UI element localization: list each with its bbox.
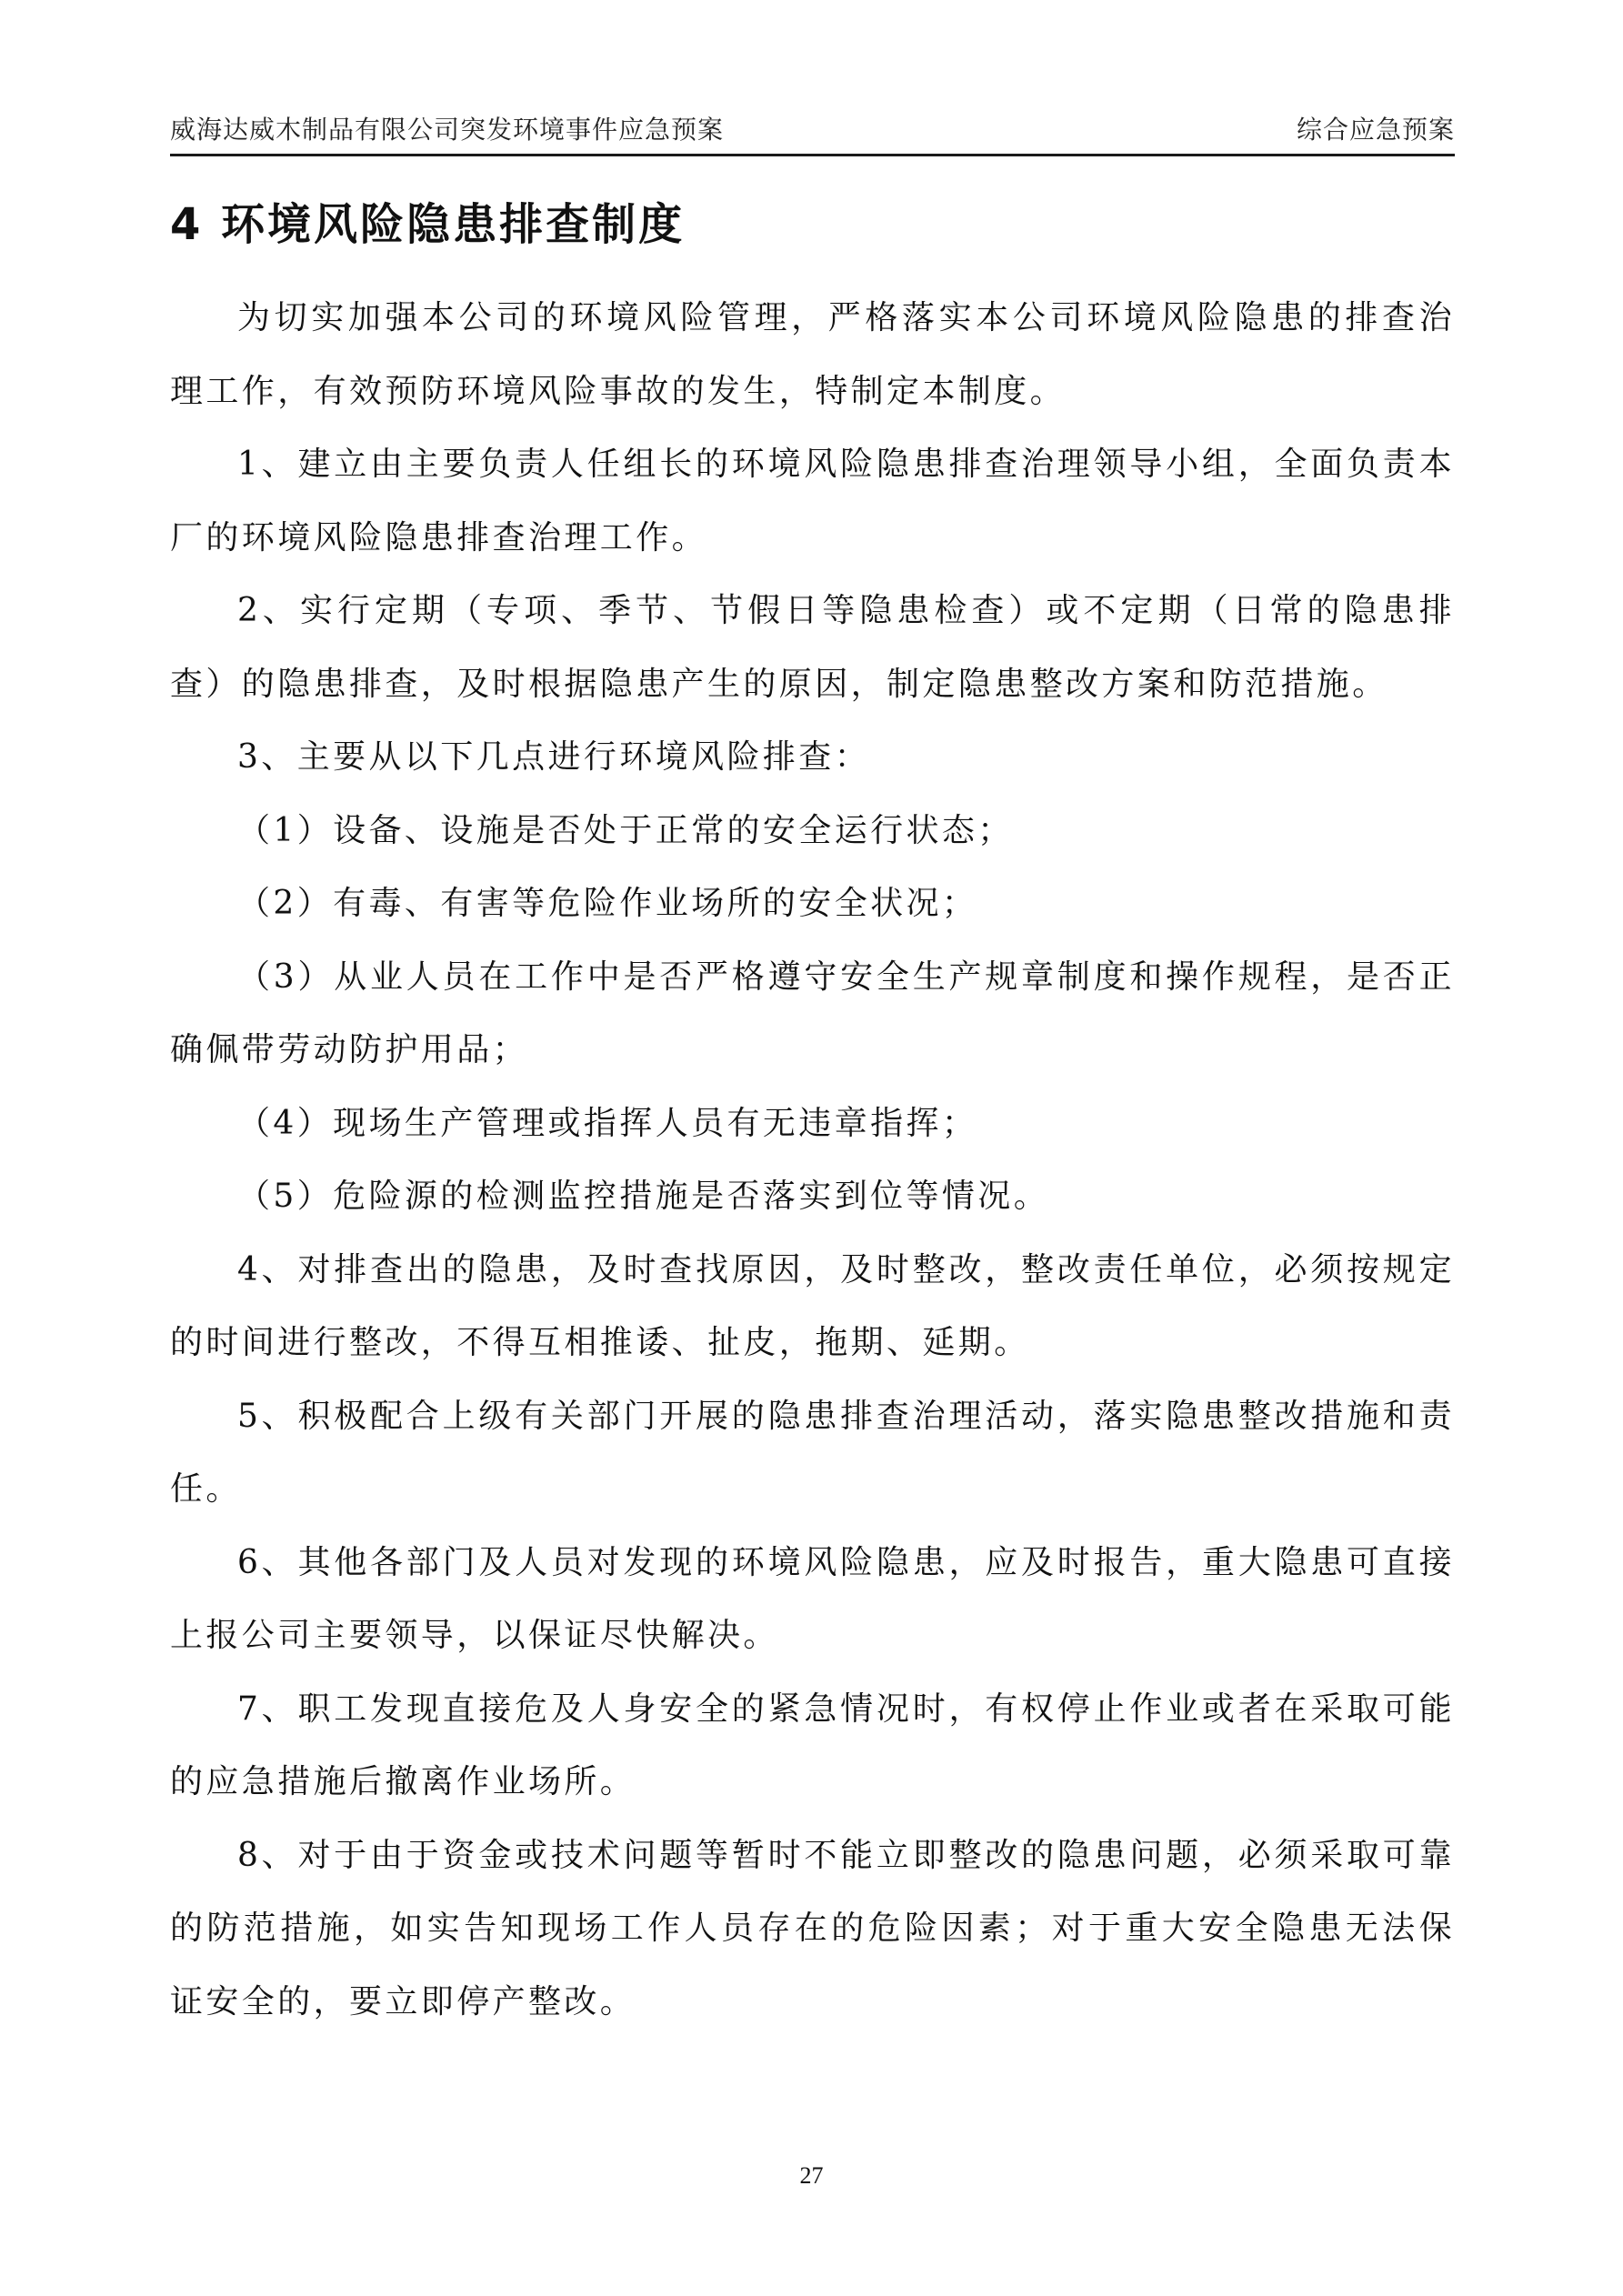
section-title: 4 环境风险隐患排查制度 [170, 193, 685, 256]
document-body: 为切实加强本公司的环境风险管理，严格落实本公司环境风险隐患的排查治理工作，有效预… [170, 282, 1455, 2039]
clause-7: 7、职工发现直接危及人身安全的紧急情况时，有权停止作业或者在采取可能的应急措施后… [170, 1673, 1455, 1820]
clause-3-item-5: （5）危险源的检测监控措施是否落实到位等情况。 [170, 1160, 1455, 1234]
header-section-label: 综合应急预案 [1297, 112, 1455, 148]
clause-3-item-2: （2）有毒、有害等危险作业场所的安全状况； [170, 867, 1455, 941]
clause-6: 6、其他各部门及人员对发现的环境风险隐患，应及时报告，重大隐患可直接上报公司主要… [170, 1527, 1455, 1673]
clause-3: 3、主要从以下几点进行环境风险排查： [170, 721, 1455, 795]
clause-3-item-1: （1）设备、设施是否处于正常的安全运行状态； [170, 795, 1455, 868]
clause-1: 1、建立由主要负责人任组长的环境风险隐患排查治理领导小组，全面负责本厂的环境风险… [170, 428, 1455, 575]
page-number: 27 [0, 2162, 1623, 2190]
header-document-title: 威海达威木制品有限公司突发环境事件应急预案 [170, 112, 724, 148]
intro-paragraph: 为切实加强本公司的环境风险管理，严格落实本公司环境风险隐患的排查治理工作，有效预… [170, 282, 1455, 428]
clause-8: 8、对于由于资金或技术问题等暂时不能立即整改的隐患问题，必须采取可靠的防范措施，… [170, 1820, 1455, 2040]
clause-5: 5、积极配合上级有关部门开展的隐患排查治理活动，落实隐患整改措施和责任。 [170, 1380, 1455, 1527]
clause-2: 2、实行定期（专项、季节、节假日等隐患检查）或不定期（日常的隐患排查）的隐患排查… [170, 575, 1455, 721]
clause-4: 4、对排查出的隐患，及时查找原因，及时整改，整改责任单位，必须按规定的时间进行整… [170, 1234, 1455, 1380]
page-header: 威海达威木制品有限公司突发环境事件应急预案 综合应急预案 [170, 111, 1455, 156]
clause-3-item-3: （3）从业人员在工作中是否严格遵守安全生产规章制度和操作规程，是否正确佩带劳动防… [170, 941, 1455, 1088]
clause-3-item-4: （4）现场生产管理或指挥人员有无违章指挥； [170, 1088, 1455, 1161]
